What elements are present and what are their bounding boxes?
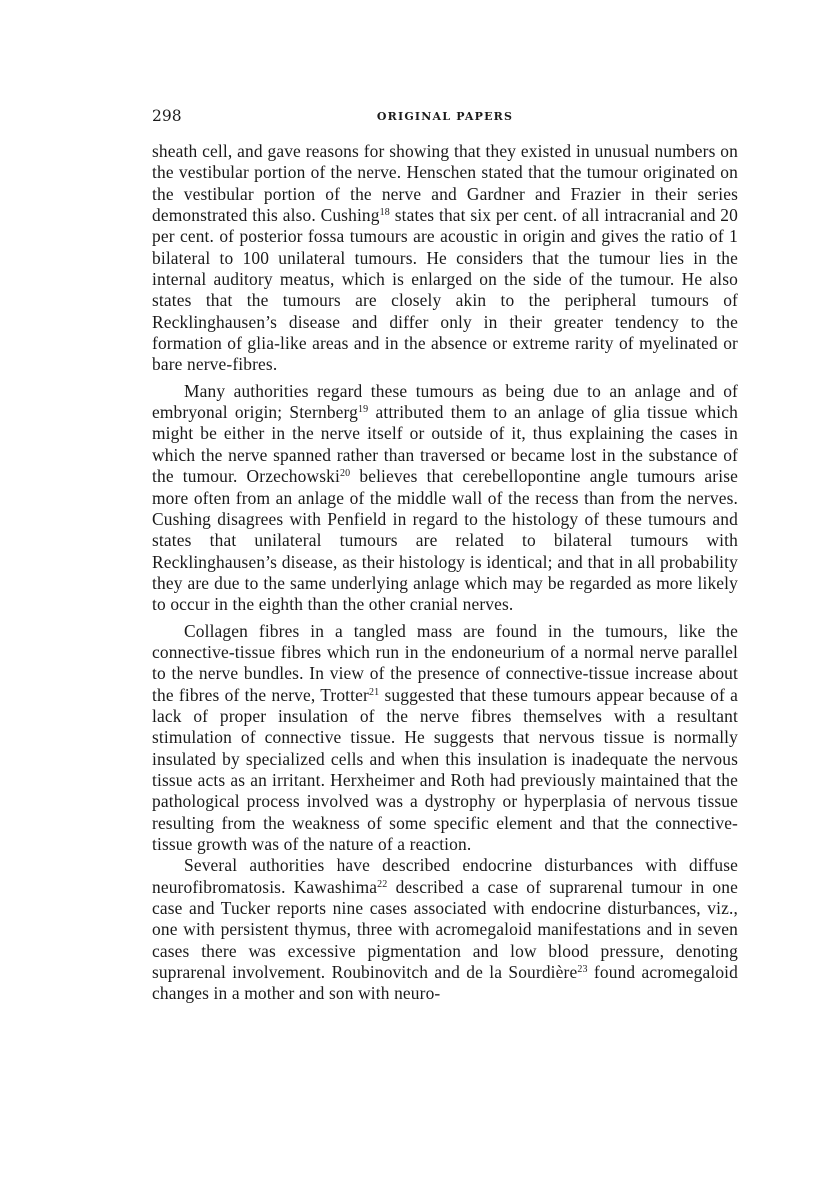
footnote-ref: 21: [369, 687, 379, 698]
footnote-ref: 18: [380, 207, 390, 218]
paragraph: sheath cell, and gave reasons for showin…: [152, 141, 738, 376]
footnote-ref: 20: [340, 468, 350, 479]
footnote-ref: 23: [577, 964, 587, 975]
section-title: ORIGINAL PAPERS: [152, 105, 738, 129]
footnote-ref: 19: [358, 404, 368, 415]
text-run: states that six per cent. of all intracr…: [152, 205, 738, 374]
paragraph: Several authorities have described endoc…: [152, 855, 738, 1004]
text-run: believes that cerebellopontine angle tum…: [152, 466, 738, 614]
paragraph: Many authorities regard these tumours as…: [152, 381, 738, 616]
text-run: suggested that these tumours appear beca…: [152, 685, 738, 854]
paragraph: Collagen fibres in a tangled mass are fo…: [152, 621, 738, 856]
footnote-ref: 22: [377, 879, 387, 890]
body-text: sheath cell, and gave reasons for showin…: [152, 141, 738, 1005]
running-header: 298 ORIGINAL PAPERS: [152, 104, 738, 128]
document-page: 298 ORIGINAL PAPERS sheath cell, and gav…: [152, 104, 738, 1005]
